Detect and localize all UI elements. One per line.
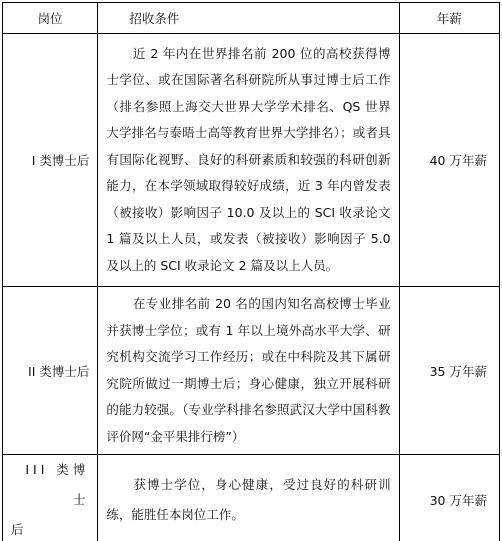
position-cell: III 类博士 后: [3, 455, 98, 541]
position-line-1: III 类博士: [11, 455, 97, 515]
table-row: I 类博士后 近 2 年内在世界排名前 200 位的高校获得博士学位、或在国际著…: [3, 34, 500, 287]
header-salary: 年薪: [399, 3, 499, 34]
conditions-cell: 近 2 年内在世界排名前 200 位的高校获得博士学位、或在国际著名科研院所从事…: [98, 34, 399, 287]
position-cell: II 类博士后: [3, 287, 98, 455]
position-line-2: 后: [11, 522, 24, 537]
recruitment-table: 岗位 招收条件 年薪 I 类博士后 近 2 年内在世界排名前 200 位的高校获…: [2, 2, 500, 541]
position-cell: I 类博士后: [3, 34, 98, 287]
conditions-text: 获博士学位，身心健康，受过良好的科研训练，能胜任本岗位工作。: [106, 477, 390, 522]
conditions-cell: 在专业排名前 20 名的国内知名高校博士毕业并获博士学位；或有 1 年以上境外高…: [98, 287, 399, 455]
salary-cell: 30 万年薪: [399, 455, 499, 541]
table-header-row: 岗位 招收条件 年薪: [3, 3, 500, 34]
salary-cell: 35 万年薪: [399, 287, 499, 455]
header-position: 岗位: [3, 3, 98, 34]
table-row: III 类博士 后 获博士学位，身心健康，受过良好的科研训练，能胜任本岗位工作。…: [3, 455, 500, 541]
conditions-text: 近 2 年内在世界排名前 200 位的高校获得博士学位、或在国际著名科研院所从事…: [106, 46, 390, 273]
conditions-cell: 获博士学位，身心健康，受过良好的科研训练，能胜任本岗位工作。: [98, 455, 399, 541]
header-conditions: 招收条件: [98, 3, 399, 34]
table-row: II 类博士后 在专业排名前 20 名的国内知名高校博士毕业并获博士学位；或有 …: [3, 287, 500, 455]
salary-cell: 40 万年薪: [399, 34, 499, 287]
conditions-text: 在专业排名前 20 名的国内知名高校博士毕业并获博士学位；或有 1 年以上境外高…: [106, 296, 390, 444]
